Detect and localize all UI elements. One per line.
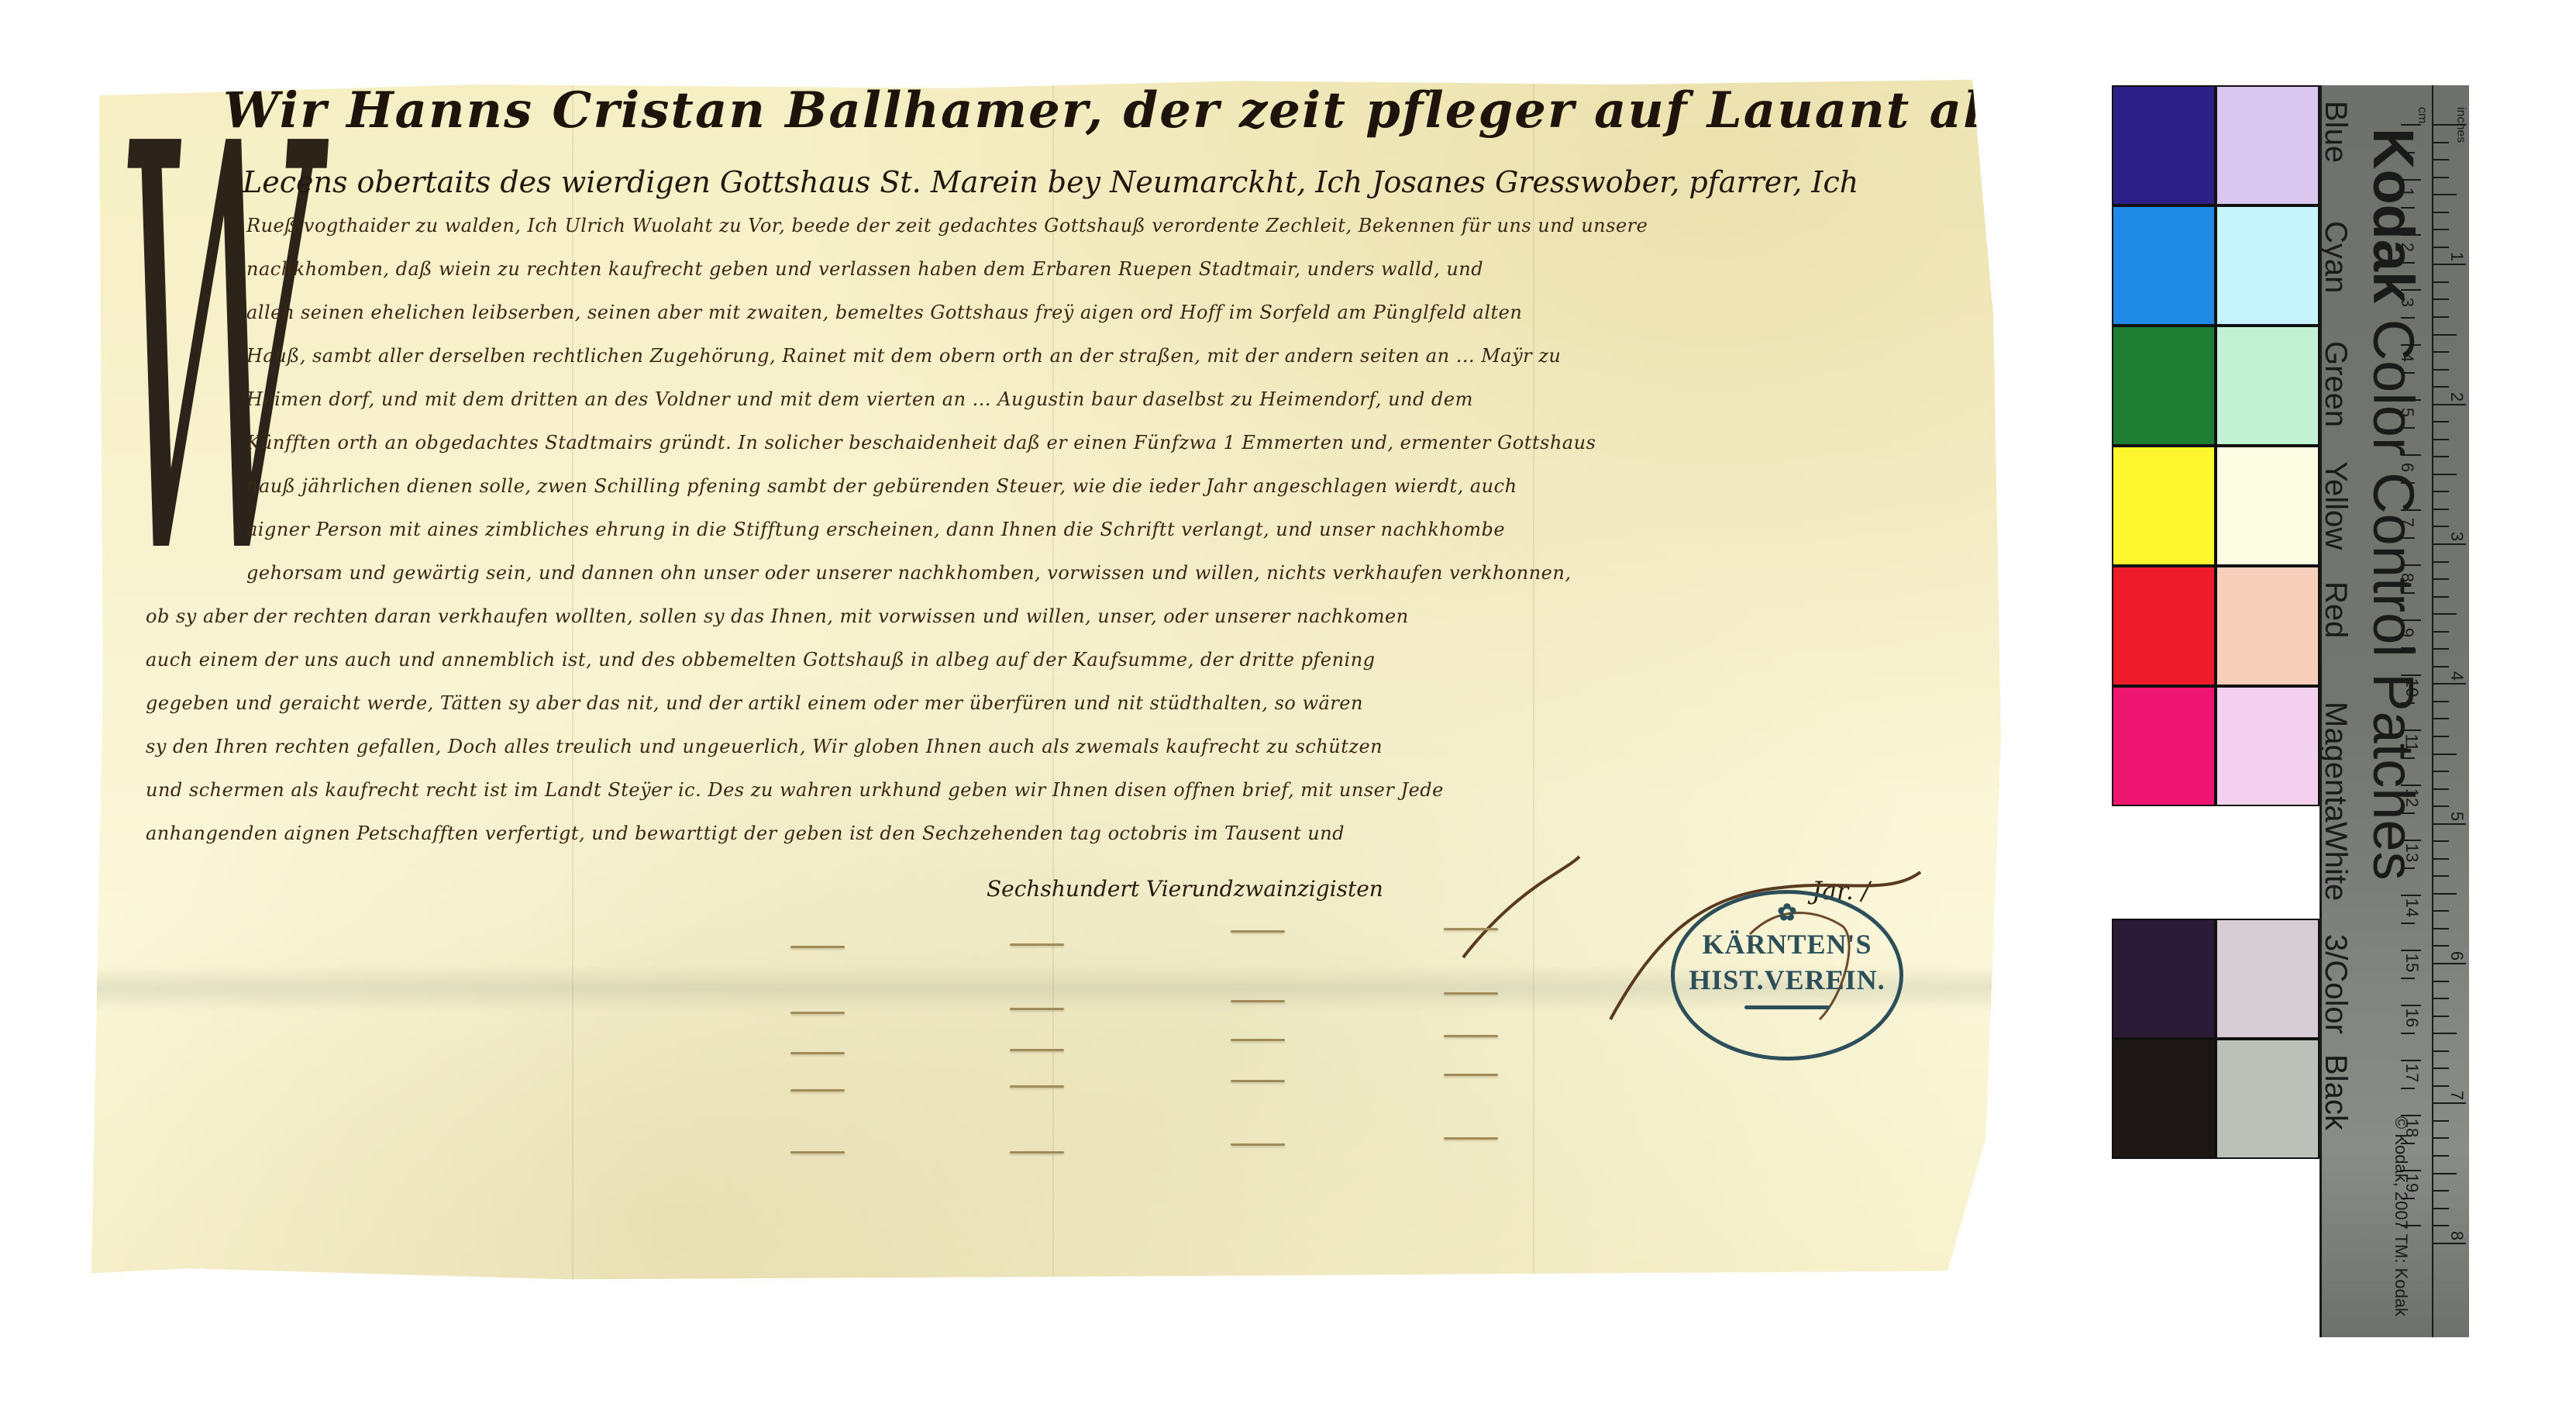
inch-tick: [2433, 718, 2449, 719]
inch-tick: [2433, 474, 2457, 475]
seal-slit: [1444, 1137, 1498, 1140]
inch-tick: [2433, 421, 2449, 422]
cm-tick: [2401, 1005, 2421, 1006]
text-line: aigner Person mit aines zimbliches ehrun…: [246, 519, 1505, 540]
text-line: auch einem der uns auch und annemblich i…: [146, 649, 1376, 671]
text-line: Lecens obertaits des wierdigen Gottshaus…: [243, 165, 1858, 199]
cm-tick: [2401, 509, 2421, 511]
inch-tick: [2433, 1102, 2466, 1104]
patch-cyan-light: [2216, 205, 2319, 326]
text-line: und schermen als kaufrecht recht ist im …: [146, 779, 1444, 801]
inch-tick: [2433, 281, 2449, 283]
inch-tick: [2433, 945, 2449, 947]
patch-black-dark: [2112, 1039, 2216, 1159]
patch-green-dark: [2112, 326, 2216, 446]
inch-tick: [2433, 194, 2457, 195]
cm-tick: [2401, 454, 2421, 456]
inch-tick: [2433, 1155, 2449, 1157]
inch-tick: [2433, 840, 2449, 842]
text-line: anhangenden aignen Petschafften verferti…: [146, 823, 1345, 844]
cm-tick: [2401, 482, 2415, 484]
inch-mark: 5: [2447, 812, 2467, 821]
cm-mark: 14: [2402, 898, 2422, 917]
inch-tick: [2433, 247, 2449, 248]
cm-tick: [2401, 537, 2415, 539]
seal-slit: [1010, 1151, 1064, 1154]
patch-3-color-light: [2216, 919, 2319, 1039]
patch-cyan-dark: [2112, 205, 2216, 326]
patch-label: White: [2318, 822, 2353, 901]
cm-tick: [2401, 317, 2415, 319]
cm-tick: [2401, 262, 2415, 264]
seal-slit: [1444, 1074, 1498, 1076]
inch-tick: [2433, 298, 2449, 300]
patch-white: [2112, 806, 2319, 919]
inch-tick: [2433, 386, 2449, 388]
inch-tick: [2433, 334, 2457, 336]
cm-mark: 12: [2402, 788, 2422, 807]
cm-tick: [2401, 1060, 2421, 1061]
inch-tick: [2433, 439, 2449, 440]
patch-red-dark: [2112, 566, 2216, 686]
cm-mark: 9: [2397, 628, 2417, 637]
cm-mark: 15: [2402, 954, 2422, 972]
inch-tick: [2433, 229, 2449, 230]
patch-label: Cyan: [2318, 221, 2353, 293]
cm-tick: [2401, 399, 2421, 401]
cm-tick: [2401, 757, 2415, 759]
inch-tick: [2433, 910, 2449, 912]
cm-tick: [2401, 812, 2415, 814]
cm-tick: [2401, 923, 2415, 924]
patch-label: Magenta: [2318, 702, 2353, 823]
inch-tick: [2433, 1173, 2457, 1174]
text-line: Künfften orth an obgedachtes Stadtmairs …: [246, 432, 1596, 454]
inch-tick: [2433, 264, 2466, 265]
cm-tick: [2401, 1088, 2415, 1089]
cm-tick: [2401, 1170, 2421, 1171]
patch-black-light: [2216, 1039, 2319, 1159]
inch-tick: [2433, 648, 2449, 650]
inch-tick: [2433, 124, 2466, 126]
text-line: Hauß, sambt aller derselben rechtlichen …: [246, 345, 1561, 367]
cm-tick: [2401, 950, 2421, 951]
inch-mark: 8: [2447, 1231, 2467, 1240]
cm-tick: [2401, 344, 2421, 346]
copyright-text: © Kodak, 2007 TM: Kodak: [2391, 1116, 2411, 1316]
inch-tick: [2433, 404, 2466, 405]
inch-tick: [2433, 1120, 2449, 1122]
inch-tick: [2433, 578, 2449, 580]
inch-tick: [2433, 561, 2449, 563]
inch-tick: [2433, 1085, 2449, 1087]
cm-tick: [2401, 179, 2421, 181]
patch-label: Black: [2318, 1054, 2353, 1130]
patch-magenta-dark: [2112, 686, 2216, 806]
inch-tick: [2433, 142, 2449, 143]
inch-tick: [2433, 212, 2449, 213]
text-line: sy den Ihren rechten gefallen, Doch alle…: [146, 736, 1383, 757]
cm-tick: [2401, 619, 2421, 621]
inch-tick: [2433, 1067, 2449, 1069]
inch-tick: [2433, 963, 2466, 964]
patch-green-light: [2216, 326, 2319, 446]
brand-name: Kodak: [2361, 128, 2426, 303]
inch-mark: 6: [2447, 951, 2467, 960]
inch-tick: [2433, 981, 2449, 982]
seal-slit: [790, 1151, 845, 1154]
inch-tick: [2433, 491, 2449, 492]
cm-mark: 6: [2397, 463, 2417, 472]
inch-mark: 1: [2447, 252, 2467, 261]
text-line: allen seinen ehelichen leibserben, seine…: [246, 302, 1522, 323]
cm-tick: [2401, 1115, 2421, 1116]
patch-yellow-dark: [2112, 446, 2216, 566]
seal-slit: [1231, 1039, 1285, 1041]
cm-tick: [2401, 729, 2421, 731]
gray-scale-bar: Kodak Color Control Patches © Kodak, 200…: [2319, 85, 2469, 1337]
seal-slit: [1444, 1035, 1498, 1037]
cm-tick: [2401, 234, 2421, 236]
inch-tick: [2433, 701, 2449, 702]
inch-tick: [2433, 1050, 2449, 1052]
cm-mark: 16: [2402, 1009, 2422, 1027]
cm-tick: [2401, 207, 2415, 209]
patch-label: Blue: [2318, 101, 2353, 163]
cm-mark: 10: [2402, 678, 2422, 697]
cm-tick: [2401, 289, 2421, 291]
inch-tick: [2433, 369, 2449, 371]
seal-slit: [790, 946, 845, 948]
inch-tick: [2433, 788, 2449, 790]
cm-tick: [2401, 785, 2421, 786]
stamp-line-1: KÄRNTEN'S: [1675, 928, 1899, 960]
inch-tick: [2433, 666, 2449, 667]
fold-line: [572, 74, 573, 1283]
inch-tick: [2433, 526, 2449, 527]
seal-slit: [1010, 1008, 1064, 1010]
text-line: nachkhomben, daß wiein zu rechten kaufre…: [246, 258, 1483, 280]
cm-unit-label: cm: [2415, 107, 2429, 123]
inch-tick: [2433, 1243, 2466, 1244]
inch-tick: [2433, 1190, 2449, 1192]
seal-slit: [1231, 930, 1285, 933]
patch-label: Red: [2318, 581, 2353, 638]
inch-tick: [2433, 736, 2449, 737]
inch-tick: [2433, 456, 2449, 457]
cm-tick: [2401, 702, 2415, 704]
parchment-document: W Wir Hanns Cristan Ballhamer, der zeit …: [91, 74, 2001, 1283]
patch-yellow-light: [2216, 446, 2319, 566]
cm-tick: [2401, 978, 2415, 979]
cm-mark: 1: [2397, 188, 2417, 197]
stamp-line-2: HIST.VEREIN.: [1675, 964, 1899, 996]
cm-tick: [2401, 592, 2415, 594]
cm-mark: 18: [2402, 1119, 2422, 1137]
inch-tick: [2433, 683, 2466, 685]
cm-tick: [2401, 895, 2421, 896]
cm-mark: 13: [2402, 843, 2422, 862]
inch-tick: [2433, 998, 2449, 999]
inch-tick: [2433, 509, 2449, 510]
cm-tick: [2401, 840, 2421, 841]
text-line: gehorsam und gewärtig sein, und dannen o…: [246, 562, 1571, 584]
seal-slit: [1444, 928, 1498, 930]
archive-stamp: ✿ KÄRNTEN'S HIST.VEREIN.: [1671, 890, 1903, 1060]
cm-tick: [2401, 124, 2421, 126]
inch-mark: 4: [2447, 671, 2467, 681]
seal-slit: [1010, 1085, 1064, 1088]
kodak-color-control-chart: Kodak Color Control Patches © Kodak, 200…: [2112, 85, 2463, 1337]
seal-slit: [790, 1089, 845, 1092]
seal-slit: [790, 1012, 845, 1014]
cm-mark: 19: [2402, 1174, 2422, 1192]
inch-tick: [2433, 596, 2449, 598]
inch-mark: 3: [2447, 532, 2467, 541]
date-line: Sechshundert Vierundzwainzigisten: [987, 876, 1383, 902]
brand-title: Kodak Color Control Patches: [2361, 128, 2426, 881]
cm-tick: [2401, 427, 2415, 429]
inch-tick: [2433, 823, 2466, 825]
ruler: cm inches 123456789101112131415161718191…: [2432, 85, 2468, 1337]
inch-tick: [2433, 316, 2449, 318]
cm-tick: [2401, 372, 2415, 374]
cm-mark: 17: [2402, 1064, 2422, 1082]
inch-tick: [2433, 1208, 2449, 1209]
cm-tick: [2401, 1033, 2415, 1034]
cm-tick: [2401, 867, 2415, 869]
patch-label: Green: [2318, 341, 2353, 427]
patch-magenta-light: [2216, 686, 2319, 806]
seal-slit: [1231, 1080, 1285, 1082]
seal-slit: [1010, 1049, 1064, 1051]
patch-3-color-dark: [2112, 919, 2216, 1039]
cm-tick: [2401, 1143, 2415, 1144]
cm-tick: [2401, 647, 2415, 649]
cm-mark: 2: [2397, 243, 2417, 252]
inch-tick: [2433, 613, 2457, 615]
cm-tick: [2401, 1198, 2415, 1199]
inch-tick: [2433, 875, 2449, 877]
inch-tick: [2433, 805, 2449, 807]
inch-tick: [2433, 1033, 2457, 1034]
cm-tick: [2401, 152, 2415, 153]
inch-mark: 2: [2447, 392, 2467, 402]
cm-tick: [2401, 564, 2421, 566]
cm-tick: [2401, 674, 2421, 676]
seal-slit: [1010, 943, 1064, 946]
cm-tick: [2401, 1225, 2421, 1226]
inch-tick: [2433, 893, 2457, 895]
inch-tick: [2433, 177, 2449, 178]
cm-mark: 5: [2397, 408, 2417, 417]
text-line: ob sy aber der rechten daran verkhaufen …: [146, 605, 1409, 627]
text-line: Rueß vogthaider zu walden, Ich Ulrich Wu…: [246, 215, 1648, 236]
patch-blue-dark: [2112, 85, 2216, 205]
inch-tick: [2433, 631, 2449, 633]
cm-mark: 4: [2397, 353, 2417, 362]
inch-tick: [2433, 1225, 2449, 1226]
inch-tick: [2433, 771, 2449, 772]
inch-tick: [2433, 928, 2449, 929]
patch-blue-light: [2216, 85, 2319, 205]
patch-label: Yellow: [2318, 461, 2353, 550]
fold-line: [1533, 74, 1534, 1283]
cm-mark: 7: [2397, 518, 2417, 527]
text-line: Heimen dorf, und mit dem dritten an des …: [246, 388, 1473, 410]
seal-slit: [1444, 992, 1498, 995]
inch-tick: [2433, 858, 2449, 860]
cm-mark: 8: [2397, 573, 2417, 582]
patch-label: 3/Color: [2318, 934, 2353, 1034]
inch-tick: [2433, 543, 2466, 545]
seal-slit: [1231, 1000, 1285, 1002]
inch-mark: 7: [2447, 1091, 2467, 1100]
cm-mark: 11: [2401, 734, 2421, 752]
text-line: gegeben und geraicht werde, Tätten sy ab…: [146, 692, 1363, 714]
inch-tick: [2433, 754, 2457, 755]
seal-slit: [1231, 1143, 1285, 1146]
inch-tick: [2433, 1016, 2449, 1017]
fold-line: [1052, 74, 1054, 1283]
flower-icon: ✿: [1675, 902, 1899, 925]
text-line: hauß jährlichen dienen solle, zwen Schil…: [246, 475, 1517, 497]
patch-red-light: [2216, 566, 2319, 686]
inch-tick: [2433, 351, 2449, 353]
inch-tick: [2433, 1137, 2449, 1139]
cm-mark: 3: [2397, 298, 2417, 307]
inch-tick: [2433, 159, 2449, 160]
stamp-rule: [1744, 1005, 1830, 1009]
seal-slit: [790, 1052, 845, 1054]
